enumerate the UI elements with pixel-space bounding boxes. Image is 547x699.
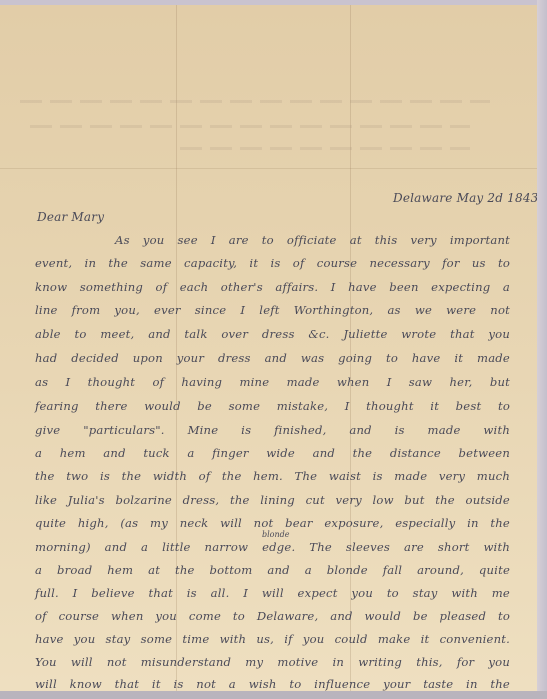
ink-bleedthrough	[30, 125, 470, 128]
letter-line: as I thought of having mine made when I …	[35, 375, 510, 389]
scan-background-edge	[0, 691, 547, 699]
letter-line: able to meet, and talk over dress &c. Ju…	[35, 327, 510, 341]
letter-line: a broad hem at the bottom and a blonde f…	[35, 563, 510, 577]
letter-line: will know that it is not a wish to influ…	[35, 677, 510, 691]
letter-line: morning) and a little narrow edge. The s…	[35, 540, 510, 554]
letter-line: fearing there would be some mistake, I t…	[35, 399, 510, 413]
letter-line: of course when you come to Delaware, and…	[35, 609, 510, 623]
letter-line: had decided upon your dress and was goin…	[35, 351, 510, 365]
letter-line: full. I believe that is all. I will expe…	[35, 586, 510, 600]
interlinear-insertion: blonde	[262, 530, 290, 539]
letter-line: give "particulars". Mine is finished, an…	[35, 423, 510, 437]
letter-salutation: Dear Mary	[37, 210, 104, 224]
letter-line: line from you, ever since I left Worthin…	[35, 303, 510, 317]
letter-line: You will not misunderstand my motive in …	[35, 655, 510, 669]
letter-line: As you see I are to officiate at this ve…	[115, 233, 510, 247]
letter-line: event, in the same capacity, it is of co…	[35, 256, 510, 270]
letter-line: have you stay some time with us, if you …	[35, 632, 510, 646]
letter-line: know something of each other's affairs. …	[35, 280, 510, 294]
letter-dateline: Delaware May 2d 1843	[393, 191, 539, 205]
letter-line: the two is the width of the hem. The wai…	[35, 469, 510, 483]
ink-bleedthrough	[20, 100, 490, 103]
fold-crease-horizontal	[0, 168, 537, 169]
ink-bleedthrough	[180, 147, 470, 150]
letter-page: Delaware May 2d 1843 Dear Mary As you se…	[0, 5, 537, 691]
letter-line: quite high, (as my neck will not bear ex…	[35, 516, 510, 530]
letter-line: like Julia's bolzarine dress, the lining…	[35, 493, 510, 507]
scan-background-edge	[537, 0, 547, 699]
letter-line: a hem and tuck a finger wide and the dis…	[35, 446, 510, 460]
